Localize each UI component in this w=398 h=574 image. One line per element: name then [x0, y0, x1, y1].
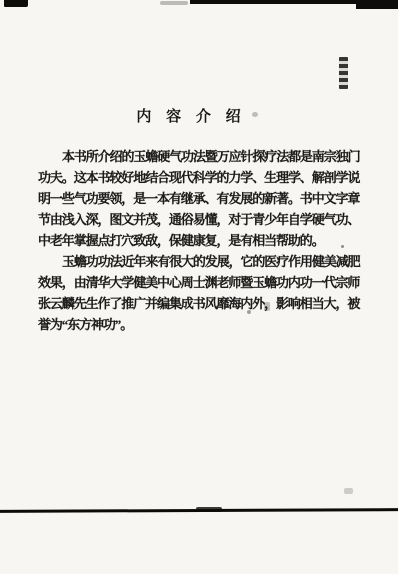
scan-artifact-dot	[341, 245, 344, 248]
scan-artifact-top-right-corner-bar	[356, 0, 398, 9]
scan-artifact-dot	[264, 302, 270, 311]
scan-artifact-dot	[247, 310, 251, 314]
text-line: 本书所介绍的玉蟾硬气功法暨万应针探疗法都是南宗独门	[38, 146, 364, 167]
scan-artifact-dot	[252, 112, 258, 117]
text-line: 明一些气功要领，是一本有继承、有发展的新著。书中文字章	[38, 188, 364, 209]
text-line: 誉为“东方神功”。	[38, 314, 364, 335]
scan-artifact-margin-smudge	[339, 57, 348, 89]
text-line: 玉蟾功功法近年来有很大的发展，它的医疗作用健美减肥	[38, 251, 364, 272]
text-line: 效果，由清华大学健美中心周士渊老师暨玉蟾功内功一代宗师	[38, 272, 364, 293]
scan-artifact-top-left-bar	[4, 0, 28, 7]
scanned-book-page: 内 容 介 绍 本书所介绍的玉蟾硬气功法暨万应针探疗法都是南宗独门功夫。这本书较…	[0, 0, 398, 574]
text-line: 节由浅入深，图文并茂，通俗易懂，对于青少年自学硬气功、	[38, 209, 364, 230]
page-title: 内 容 介 绍	[0, 105, 378, 126]
scan-artifact-bottom-rule-blob	[196, 507, 222, 512]
text-line: 中老年掌握点打穴致敌，保健康复，是有相当帮助的。	[38, 230, 364, 251]
scan-artifact-top-faint-mark	[160, 1, 188, 5]
scan-artifact-dot	[344, 488, 353, 494]
body-text-block: 本书所介绍的玉蟾硬气功法暨万应针探疗法都是南宗独门功夫。这本书较好地结合现代科学…	[38, 146, 364, 335]
text-line: 功夫。这本书较好地结合现代科学的力学、生理学、解剖学说	[38, 167, 364, 188]
text-line: 张云麟先生作了推广并编集成书风靡海内外，影响相当大，被	[38, 293, 364, 314]
